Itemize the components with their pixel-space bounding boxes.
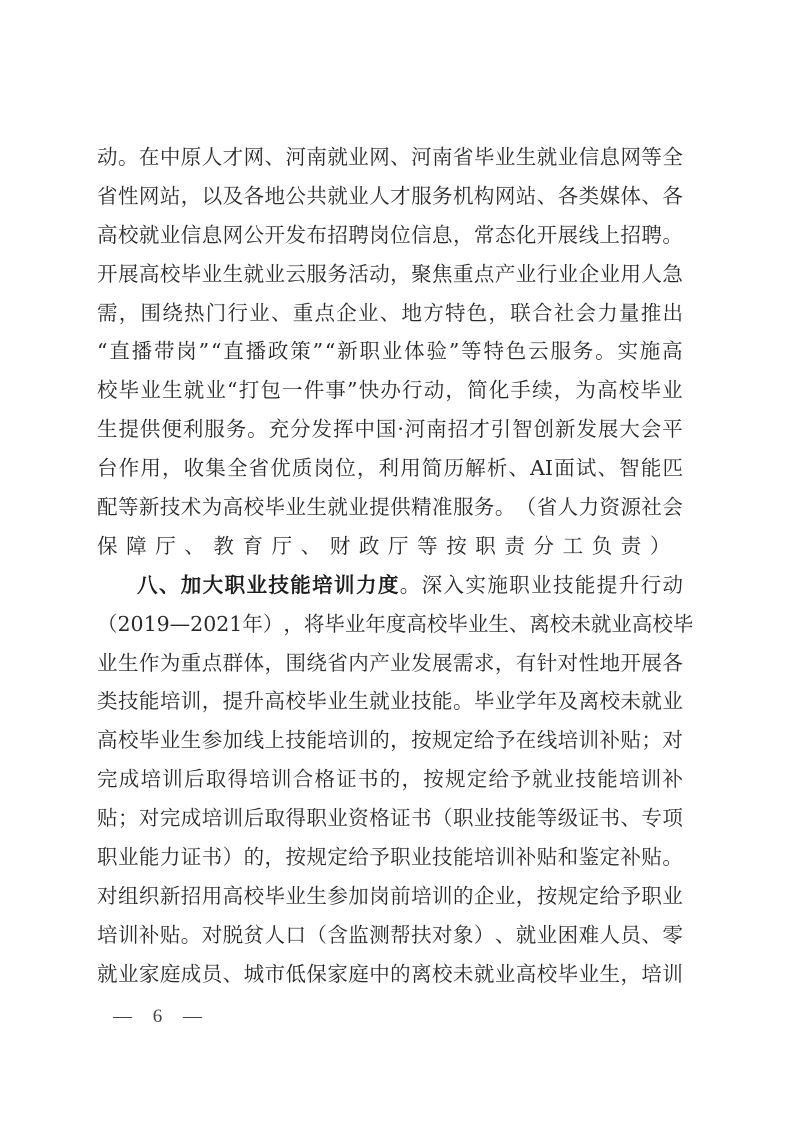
text-line: 省性网站，以及各地公共就业人才服务机构网站、各类媒体、各 bbox=[97, 177, 683, 216]
body-text: 动。在中原人才网、河南就业网、河南省毕业生就业信息网等全 省性网站，以及各地公共… bbox=[97, 138, 683, 994]
text-line: “直播带岗”“直播政策”“新职业体验”等特色云服务。实施高 bbox=[97, 332, 683, 371]
document-page: 动。在中原人才网、河南就业网、河南省毕业生就业信息网等全 省性网站，以及各地公共… bbox=[0, 0, 793, 1121]
page-number: — 6 — bbox=[113, 1006, 210, 1028]
text-line: 类技能培训，提升高校毕业生就业技能。毕业学年及离校未就业 bbox=[97, 682, 683, 721]
text-line: 台作用，收集全省优质岗位，利用简历解析、AI面试、智能匹 bbox=[97, 449, 683, 488]
text-line: （2019—2021年），将毕业年度高校毕业生、离校未就业高校毕 bbox=[97, 605, 683, 644]
text-line: 就业家庭成员、城市低保家庭中的离校未就业高校毕业生，培训 bbox=[97, 955, 683, 994]
text-line: 配等新技术为高校毕业生就业提供精准服务。（省人力资源社会 bbox=[97, 488, 683, 527]
text-line: 高校毕业生参加线上技能培训的，按规定给予在线培训补贴；对 bbox=[97, 721, 683, 760]
text-line: 校毕业生就业“打包一件事”快办行动，简化手续，为高校毕业 bbox=[97, 371, 683, 410]
section-8: 八、加大职业技能培训力度。深入实施职业技能提升行动 （2019—2021年），将… bbox=[97, 566, 683, 994]
text-line: 业生作为重点群体，围绕省内产业发展需求，有针对性地开展各 bbox=[97, 644, 683, 683]
text-line: 动。在中原人才网、河南就业网、河南省毕业生就业信息网等全 bbox=[97, 138, 683, 177]
text-line: 对组织新招用高校毕业生参加岗前培训的企业，按规定给予职业 bbox=[97, 877, 683, 916]
text-line: 开展高校毕业生就业云服务活动，聚焦重点产业行业企业用人急 bbox=[97, 255, 683, 294]
paragraph-1: 动。在中原人才网、河南就业网、河南省毕业生就业信息网等全 省性网站，以及各地公共… bbox=[97, 138, 683, 566]
text-line: 保障厅、教育厅、财政厅等按职责分工负责） bbox=[97, 527, 683, 566]
text-line: 职业能力证书）的，按规定给予职业技能培训补贴和鉴定补贴。 bbox=[97, 838, 683, 877]
text-line: 贴；对完成培训后取得职业资格证书（职业技能等级证书、专项 bbox=[97, 799, 683, 838]
section-heading-line: 八、加大职业技能培训力度。深入实施职业技能提升行动 bbox=[97, 566, 683, 605]
text-line: 生提供便利服务。充分发挥中国·河南招才引智创新发展大会平 bbox=[97, 410, 683, 449]
section-heading: 八、加大职业技能培训力度 bbox=[137, 573, 400, 597]
text-line: 需，围绕热门行业、重点企业、地方特色，联合社会力量推出 bbox=[97, 294, 683, 333]
text-line: 高校就业信息网公开发布招聘岗位信息，常态化开展线上招聘。 bbox=[97, 216, 683, 255]
text-line: 完成培训后取得培训合格证书的，按规定给予就业技能培训补 bbox=[97, 760, 683, 799]
text-line: 培训补贴。对脱贫人口（含监测帮扶对象）、就业困难人员、零 bbox=[97, 916, 683, 955]
